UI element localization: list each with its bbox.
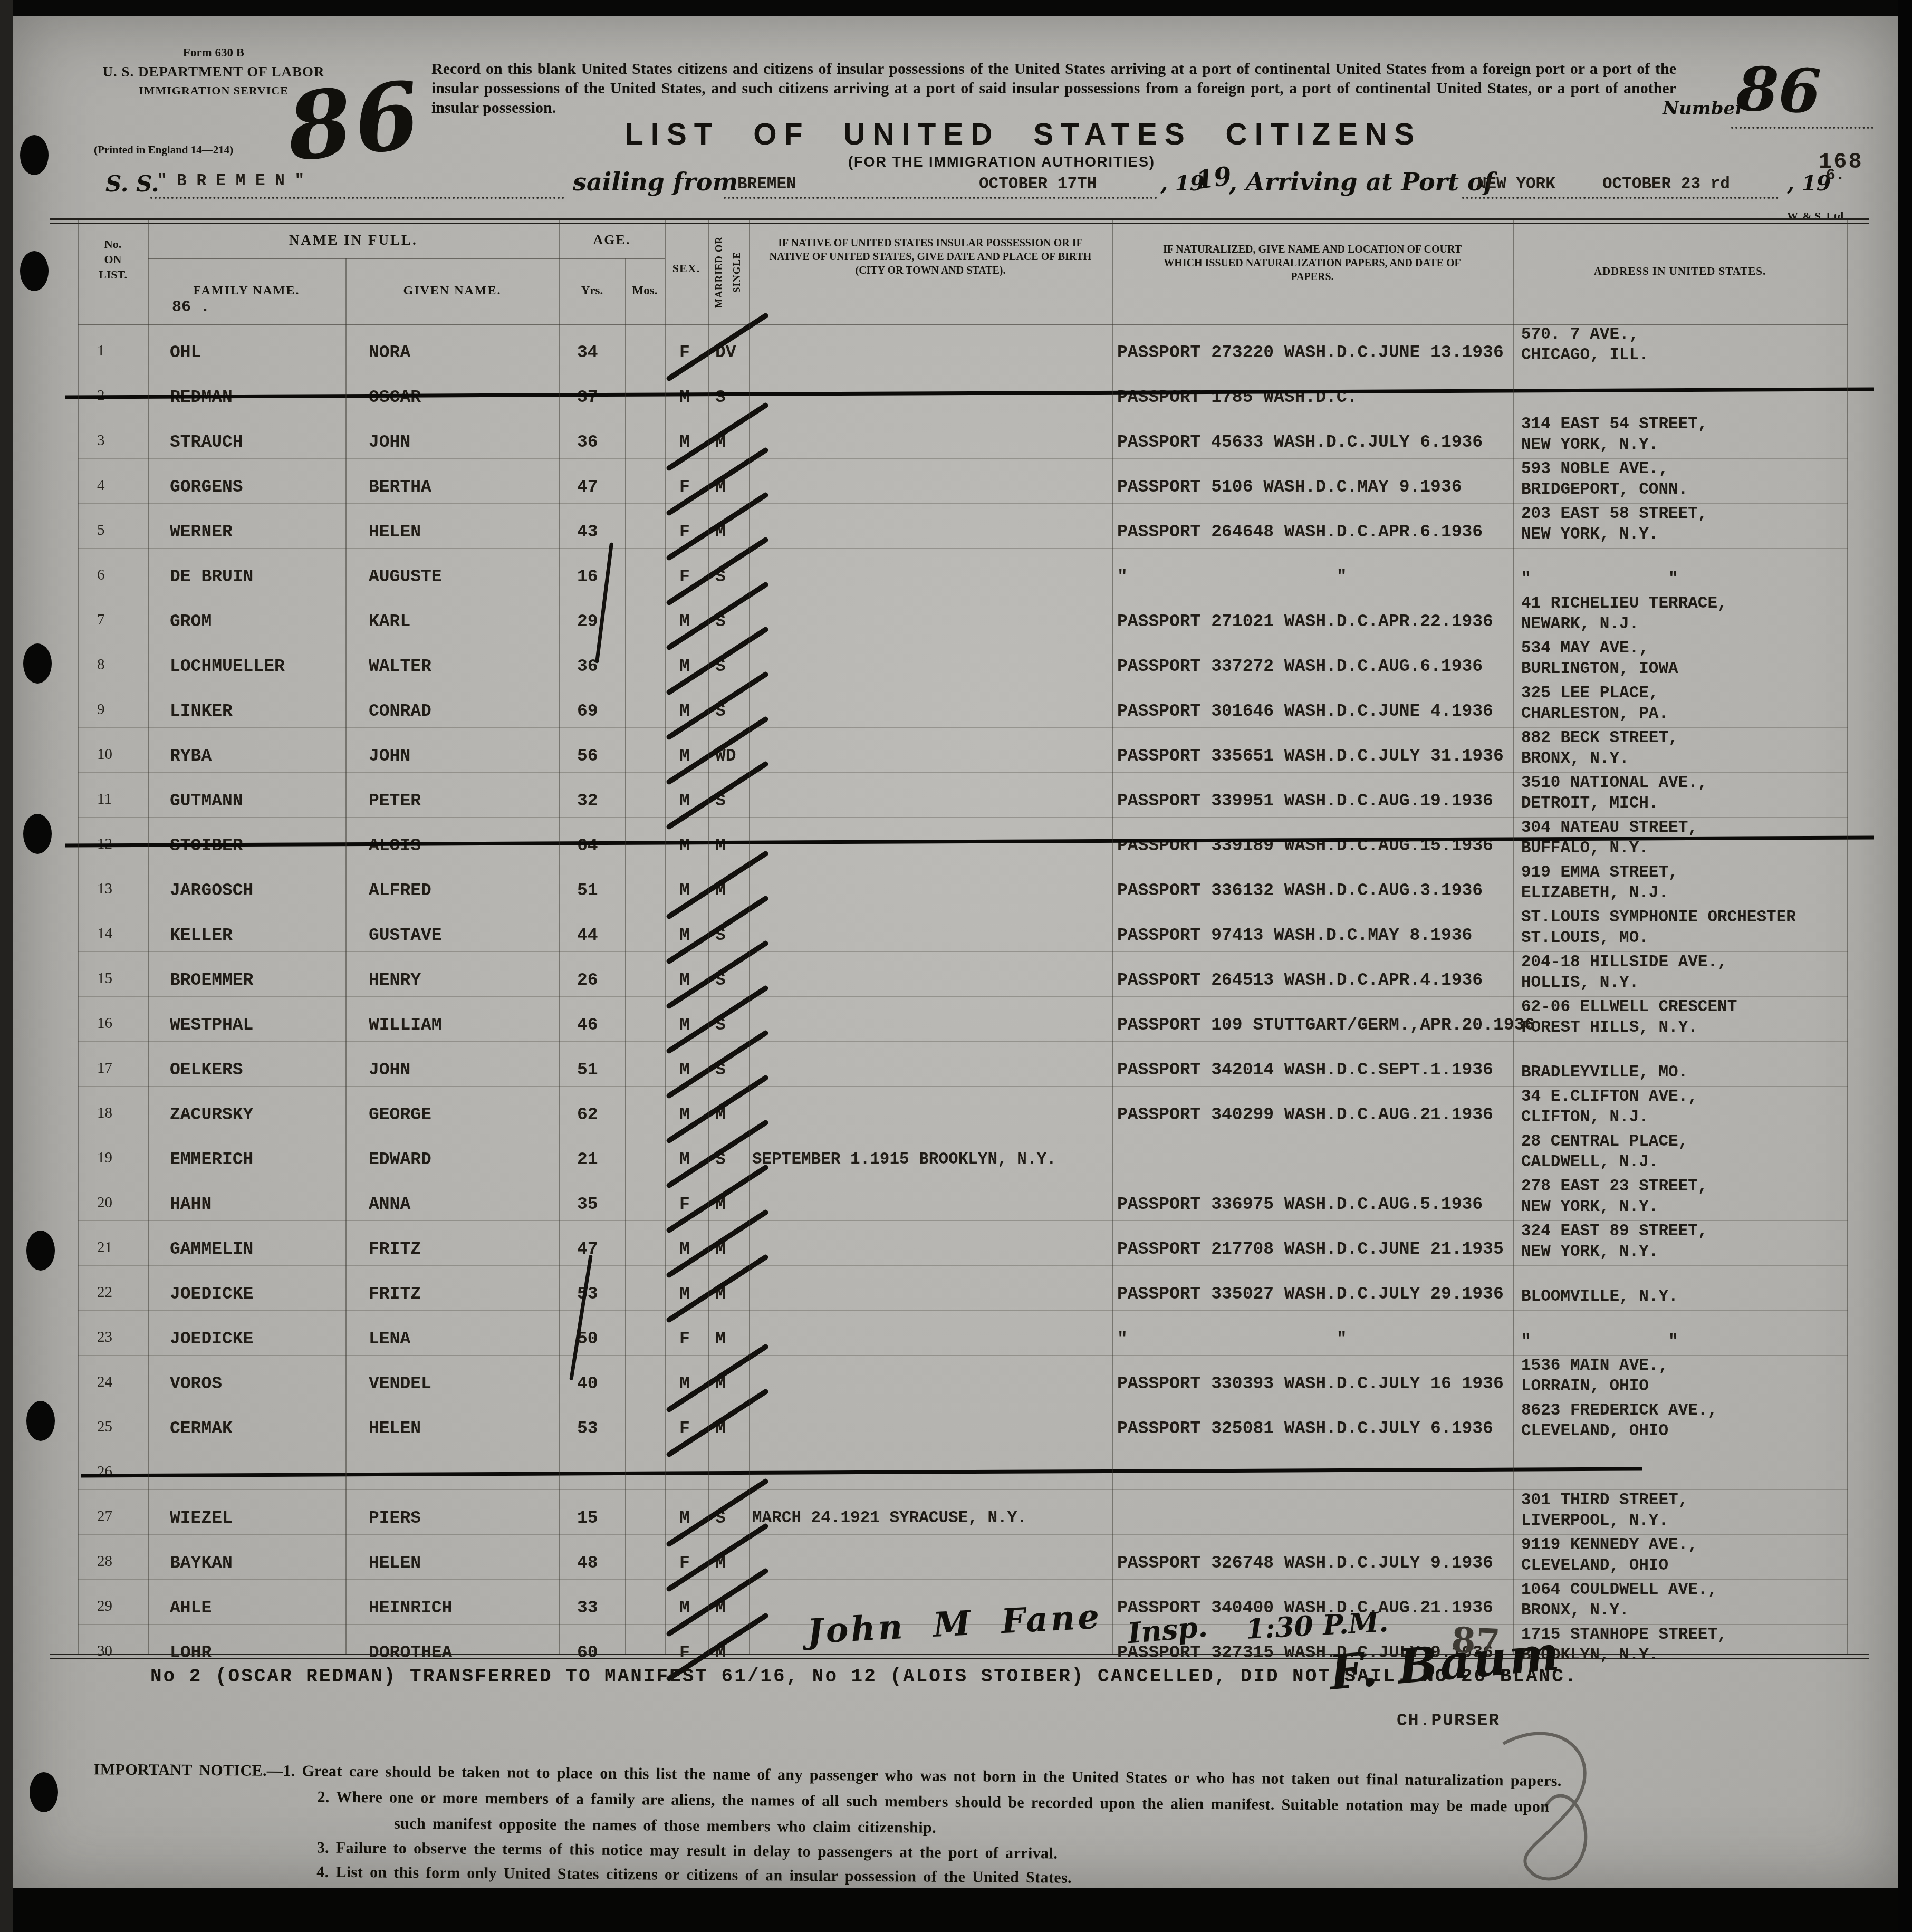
address-line: 882 BECK STREET, xyxy=(1521,728,1847,748)
table-row: 12STOIBERALOIS64MMPASSPORT 339189 WASH.D… xyxy=(78,818,1848,862)
address-line: 62-06 ELLWELL CRESCENT xyxy=(1521,997,1847,1017)
age-months xyxy=(625,991,665,996)
address: 919 EMMA STREET,ELIZABETH, N.J. xyxy=(1513,862,1847,907)
naturalization-info: PASSPORT 45633 WASH.D.C.JULY 6.1936 xyxy=(1112,432,1513,458)
age-months xyxy=(625,543,665,548)
table-column-divider xyxy=(1847,220,1848,1654)
row-number: 19 xyxy=(78,1147,148,1176)
table-column-divider xyxy=(1112,220,1113,1654)
form-instructions: Record on this blank United States citiz… xyxy=(431,59,1676,118)
address-line: 301 THIRD STREET, xyxy=(1521,1490,1847,1511)
address-line: CLEVELAND, OHIO xyxy=(1521,1555,1847,1576)
row-number: 10 xyxy=(78,744,148,772)
age-years: 53 xyxy=(559,1418,625,1445)
address: 325 LEE PLACE,CHARLESTON, PA. xyxy=(1513,683,1847,727)
hole-punch xyxy=(26,1231,55,1271)
sailing-date: OCTOBER 17TH xyxy=(979,175,1097,194)
age-years: 40 xyxy=(559,1373,625,1400)
age-years: 33 xyxy=(559,1598,625,1624)
address: ST.LOUIS SYMPHONIE ORCHESTERST.LOUIS, MO… xyxy=(1513,907,1847,951)
marital-status xyxy=(708,1484,749,1489)
address-line: 34 E.CLIFTON AVE., xyxy=(1521,1087,1847,1107)
age-months xyxy=(625,812,665,817)
table-row: 26 xyxy=(78,1445,1848,1490)
table-row: 20HAHNANNA35FMPASSPORT 336975 WASH.D.C.A… xyxy=(78,1176,1848,1221)
naturalization-info: PASSPORT 340299 WASH.D.C.AUG.21.1936 xyxy=(1112,1104,1513,1131)
address-line: CLEVELAND, OHIO xyxy=(1521,1421,1847,1441)
given-name: PIERS xyxy=(345,1508,559,1534)
given-name: PETER xyxy=(345,791,559,817)
naturalization-info: PASSPORT 5106 WASH.D.C.MAY 9.1936 xyxy=(1112,477,1513,503)
family-name: WIEZEL xyxy=(148,1508,345,1534)
row-number: 25 xyxy=(78,1416,148,1445)
age-years: 15 xyxy=(559,1508,625,1534)
row-number: 22 xyxy=(78,1282,148,1310)
address-line: NEW YORK, N.Y. xyxy=(1521,1197,1847,1217)
ship-name-dotted-line xyxy=(150,197,564,199)
birth-info xyxy=(749,1260,1112,1265)
notice-line: 2. Where one or more members of a family… xyxy=(317,1789,1549,1816)
address-line: 28 CENTRAL PLACE, xyxy=(1521,1131,1847,1152)
column-header-naturalization: IF NATURALIZED, GIVE NAME AND LOCATION O… xyxy=(1112,220,1513,324)
birth-info xyxy=(749,991,1112,996)
address-line: 1536 MAIN AVE., xyxy=(1521,1356,1847,1376)
age-years: 32 xyxy=(559,791,625,817)
printed-in-england-note: (Printed in England 14—214) xyxy=(94,143,233,157)
address: 34 E.CLIFTON AVE.,CLIFTON, N.J. xyxy=(1513,1087,1847,1131)
family-name: DE BRUIN xyxy=(148,566,345,593)
given-name: NORA xyxy=(345,342,559,369)
row-number: 23 xyxy=(78,1327,148,1355)
table-row: 4GORGENSBERTHA47FMPASSPORT 5106 WASH.D.C… xyxy=(78,459,1848,504)
address: 28 CENTRAL PLACE,CALDWELL, N.J. xyxy=(1513,1131,1847,1176)
address-line: BROOKLYN, N.Y. xyxy=(1521,1645,1847,1666)
given-name: ANNA xyxy=(345,1194,559,1220)
year-handwritten-overlay: 19 xyxy=(1194,161,1233,196)
birth-info xyxy=(749,543,1112,548)
birth-info xyxy=(749,1036,1112,1041)
given-name: HELEN xyxy=(345,1418,559,1445)
table-column-divider xyxy=(78,220,79,1654)
column-header-months: Mos. xyxy=(625,258,665,297)
birth-info xyxy=(749,498,1112,503)
table-row: 14KELLERGUSTAVE44MSPASSPORT 97413 WASH.D… xyxy=(78,907,1848,952)
address: 314 EAST 54 STREET,NEW YORK, N.Y. xyxy=(1513,414,1847,458)
age-months xyxy=(625,946,665,951)
row-number: 27 xyxy=(78,1506,148,1534)
family-name: GORGENS xyxy=(148,477,345,503)
inspector-title-handwritten: Insp. xyxy=(1126,1610,1208,1650)
given-name: BERTHA xyxy=(345,477,559,503)
marital-status: M xyxy=(708,1329,749,1355)
naturalization-info: PASSPORT 339951 WASH.D.C.AUG.19.1936 xyxy=(1112,791,1513,817)
sex-value xyxy=(665,1484,708,1489)
address xyxy=(1513,1486,1847,1489)
arrival-year-suffix: 6. xyxy=(1826,167,1845,185)
row-number: 8 xyxy=(78,654,148,683)
table-row: 7GROMKARL29MSPASSPORT 271021 WASH.D.C.AP… xyxy=(78,593,1848,638)
address-line: 203 EAST 58 STREET, xyxy=(1521,504,1847,524)
table-row: 18ZACURSKYGEORGE62MMPASSPORT 340299 WASH… xyxy=(78,1087,1848,1131)
age-months xyxy=(625,1260,665,1265)
given-name: LENA xyxy=(345,1329,559,1355)
number-value-handwritten: 86 xyxy=(1735,53,1822,128)
address: 203 EAST 58 STREET,NEW YORK, N.Y. xyxy=(1513,504,1847,548)
table-row: 15BROEMMERHENRY26MSPASSPORT 264513 WASH.… xyxy=(78,952,1848,997)
age-years: 51 xyxy=(559,880,625,907)
column-header-family-name: FAMILY NAME. xyxy=(148,258,345,298)
row-number: 21 xyxy=(78,1237,148,1265)
address: " " xyxy=(1513,1331,1847,1355)
address-line: 3510 NATIONAL AVE., xyxy=(1521,773,1847,793)
table-row: 24VOROSVENDEL40MMPASSPORT 330393 WASH.D.… xyxy=(78,1356,1848,1400)
address-line: NEWARK, N.J. xyxy=(1521,614,1847,635)
age-months xyxy=(625,1395,665,1400)
address-line: NEW YORK, N.Y. xyxy=(1521,1242,1847,1262)
address-line: CLIFTON, N.J. xyxy=(1521,1107,1847,1128)
row-number: 17 xyxy=(78,1058,148,1086)
naturalization-info: PASSPORT 335027 WASH.D.C.JULY 29.1936 xyxy=(1112,1284,1513,1310)
number-dotted-line xyxy=(1731,127,1873,129)
number-label: Number xyxy=(1663,98,1744,119)
age-months xyxy=(625,901,665,907)
table-top-rule xyxy=(50,218,1869,220)
table-row: 17OELKERSJOHN51MSPASSPORT 342014 WASH.D.… xyxy=(78,1042,1848,1087)
sailing-dotted-line xyxy=(724,197,1157,199)
address: 41 RICHELIEU TERRACE,NEWARK, N.J. xyxy=(1513,593,1847,638)
given-name: FRITZ xyxy=(345,1284,559,1310)
address: 8623 FREDERICK AVE.,CLEVELAND, OHIO xyxy=(1513,1400,1847,1445)
address: 570. 7 AVE.,CHICAGO, ILL. xyxy=(1513,324,1847,369)
age-years: 60 xyxy=(559,1642,625,1669)
age-months xyxy=(625,1170,665,1176)
given-name: DOROTHEA xyxy=(345,1642,559,1669)
family-name: JOEDICKE xyxy=(148,1329,345,1355)
passenger-table: No. ON LIST. NAME IN FULL. FAMILY NAME. … xyxy=(78,220,1848,1654)
family-name: OHL xyxy=(148,342,345,369)
ss-label: S. S. xyxy=(105,171,159,197)
naturalization-info xyxy=(1112,1529,1513,1534)
age-months xyxy=(625,363,665,369)
family-name: AHLE xyxy=(148,1598,345,1624)
row-number: 24 xyxy=(78,1371,148,1400)
address: 534 MAY AVE.,BURLINGTON, IOWA xyxy=(1513,638,1847,683)
naturalization-info: PASSPORT 337272 WASH.D.C.AUG.6.1936 xyxy=(1112,656,1513,683)
row-number: 18 xyxy=(78,1102,148,1131)
hole-punch xyxy=(23,643,52,684)
age-years: 47 xyxy=(559,1239,625,1265)
address-line: " " xyxy=(1521,1331,1847,1352)
age-years: 69 xyxy=(559,701,625,727)
naturalization-info: PASSPORT 335651 WASH.D.C.JULY 31.1936 xyxy=(1112,746,1513,772)
address-line: BRADLEYVILLE, MO. xyxy=(1521,1062,1847,1083)
hole-punch xyxy=(20,135,49,175)
family-name: WESTPHAL xyxy=(148,1015,345,1041)
notice-line: such manifest opposite the names of thos… xyxy=(394,1815,936,1837)
age-years: 29 xyxy=(559,611,625,638)
header-divider-line xyxy=(148,258,665,259)
notice-line: 3. Failure to observe the terms of this … xyxy=(317,1839,1058,1863)
page-subtitle: (FOR THE IMMIGRATION AUTHORITIES) xyxy=(848,154,1155,170)
married-or-single-vertical-text: MARRIED OR SINGLE xyxy=(710,223,746,321)
given-name: ALFRED xyxy=(345,880,559,907)
address-line: BRIDGEPORT, CONN. xyxy=(1521,479,1847,500)
birth-info xyxy=(749,857,1112,862)
age-years: 64 xyxy=(559,835,625,862)
family-name: EMMERICH xyxy=(148,1149,345,1176)
naturalization-info xyxy=(1112,1484,1513,1489)
column-header-years: Yrs. xyxy=(559,258,625,297)
address-line: LORRAIN, OHIO xyxy=(1521,1376,1847,1397)
row-number: 9 xyxy=(78,699,148,727)
naturalization-info: PASSPORT 301646 WASH.D.C.JUNE 4.1936 xyxy=(1112,701,1513,727)
birth-info xyxy=(749,677,1112,683)
scan-edge-right xyxy=(1898,0,1912,1932)
address: 62-06 ELLWELL CRESCENTFOREST HILLS, N.Y. xyxy=(1513,997,1847,1041)
family-name: REDMAN xyxy=(148,387,345,414)
row-number: 30 xyxy=(78,1640,148,1669)
given-name: EDWARD xyxy=(345,1149,559,1176)
age-years xyxy=(559,1484,625,1489)
address: 9119 KENNEDY AVE.,CLEVELAND, OHIO xyxy=(1513,1535,1847,1579)
birth-info xyxy=(749,1305,1112,1310)
sailing-port: BREMEN xyxy=(737,175,796,194)
column-header-given-name: GIVEN NAME. xyxy=(345,258,559,298)
address-line: ELIZABETH, N.J. xyxy=(1521,883,1847,903)
age-months xyxy=(625,498,665,503)
family-name: LOHR xyxy=(148,1642,345,1669)
age-months xyxy=(625,857,665,862)
table-row: 5WERNERHELEN43FMPASSPORT 264648 WASH.D.C… xyxy=(78,504,1848,549)
age-years: 51 xyxy=(559,1060,625,1086)
address-line: DETROIT, MICH. xyxy=(1521,793,1847,814)
family-name: BROEMMER xyxy=(148,970,345,996)
address-line: 278 EAST 23 STREET, xyxy=(1521,1176,1847,1197)
address: 593 NOBLE AVE.,BRIDGEPORT, CONN. xyxy=(1513,459,1847,503)
age-months xyxy=(625,1529,665,1534)
age-months xyxy=(625,1081,665,1086)
table-rows: 1OHLNORA34FDVPASSPORT 273220 WASH.D.C.JU… xyxy=(78,324,1848,1669)
age-months xyxy=(625,1305,665,1310)
address-line: 204-18 HILLSIDE AVE., xyxy=(1521,952,1847,973)
given-name: ALOIS xyxy=(345,835,559,862)
age-years: 43 xyxy=(559,522,625,548)
age-months xyxy=(625,588,665,593)
birth-info xyxy=(749,453,1112,458)
family-name: RYBA xyxy=(148,746,345,772)
age-years: 47 xyxy=(559,477,625,503)
age-years: 50 xyxy=(559,1329,625,1355)
hole-punch xyxy=(26,1401,55,1441)
family-name: ZACURSKY xyxy=(148,1104,345,1131)
family-name: LOCHMUELLER xyxy=(148,656,345,683)
given-name: OSCAR xyxy=(345,387,559,414)
given-name: VENDEL xyxy=(345,1373,559,1400)
given-name: KARL xyxy=(345,611,559,638)
row-number: 1 xyxy=(78,340,148,369)
table-column-divider xyxy=(559,220,560,1654)
given-name: AUGUSTE xyxy=(345,566,559,593)
hole-punch xyxy=(20,251,49,291)
table-row: 25CERMAKHELEN53FMPASSPORT 325081 WASH.D.… xyxy=(78,1400,1848,1445)
address-line: 534 MAY AVE., xyxy=(1521,638,1847,659)
address-line: BURLINGTON, IOWA xyxy=(1521,659,1847,679)
address-line: 304 NATEAU STREET, xyxy=(1521,818,1847,838)
row-number: 14 xyxy=(78,923,148,951)
birth-info xyxy=(749,946,1112,951)
address: 882 BECK STREET,BRONX, N.Y. xyxy=(1513,728,1847,772)
age-months xyxy=(625,408,665,414)
naturalization-info: PASSPORT 1785 WASH.D.C. xyxy=(1112,387,1513,414)
table-row: 28BAYKANHELEN48FMPASSPORT 326748 WASH.D.… xyxy=(78,1535,1848,1580)
row-number: 6 xyxy=(78,564,148,593)
given-name: GEORGE xyxy=(345,1104,559,1131)
table-column-divider xyxy=(749,220,750,1654)
ship-name: " B R E M E N " xyxy=(157,172,304,190)
family-name: HAHN xyxy=(148,1194,345,1220)
address-line: NEW YORK, N.Y. xyxy=(1521,435,1847,455)
age-years: 26 xyxy=(559,970,625,996)
row-number: 11 xyxy=(78,789,148,817)
family-name: CERMAK xyxy=(148,1418,345,1445)
address-line: ST.LOUIS, MO. xyxy=(1521,928,1847,948)
sex-value: M xyxy=(665,387,708,414)
address: 278 EAST 23 STREET,NEW YORK, N.Y. xyxy=(1513,1176,1847,1220)
address xyxy=(1513,410,1847,414)
birth-info xyxy=(749,1574,1112,1579)
address-line: BUFFALO, N.Y. xyxy=(1521,838,1847,859)
hole-punch xyxy=(23,814,52,854)
age-months xyxy=(625,1484,665,1489)
age-months xyxy=(625,1574,665,1579)
family-name: VOROS xyxy=(148,1373,345,1400)
table-column-divider xyxy=(708,220,709,1654)
family-name: KELLER xyxy=(148,925,345,951)
age-years: 35 xyxy=(559,1194,625,1220)
naturalization-info: PASSPORT 326748 WASH.D.C.JULY 9.1936 xyxy=(1112,1553,1513,1579)
scan-edge-top xyxy=(0,0,1912,16)
family-name: JOEDICKE xyxy=(148,1284,345,1310)
birth-info xyxy=(749,1395,1112,1400)
address-line: 41 RICHELIEU TERRACE, xyxy=(1521,593,1847,614)
column-header-birth-info: IF NATIVE OF UNITED STATES INSULAR POSSE… xyxy=(749,220,1112,324)
age-years: 56 xyxy=(559,746,625,772)
row-number: 15 xyxy=(78,968,148,996)
given-name: HEINRICH xyxy=(345,1598,559,1624)
naturalization-info: PASSPORT 330393 WASH.D.C.JULY 16 1936 xyxy=(1112,1373,1513,1400)
table-column-divider xyxy=(345,258,347,1654)
family-name: OELKERS xyxy=(148,1060,345,1086)
birth-info xyxy=(749,901,1112,907)
address: 3510 NATIONAL AVE.,DETROIT, MICH. xyxy=(1513,773,1847,817)
age-months xyxy=(625,1126,665,1131)
given-name: HENRY xyxy=(345,970,559,996)
form-number: Form 630 B xyxy=(100,43,327,62)
given-name: WILLIAM xyxy=(345,1015,559,1041)
naturalization-info: PASSPORT 271021 WASH.D.C.APR.22.1936 xyxy=(1112,611,1513,638)
row-number: 2 xyxy=(78,385,148,414)
age-years: 16 xyxy=(559,566,625,593)
given-name: WALTER xyxy=(345,656,559,683)
address-line: 593 NOBLE AVE., xyxy=(1521,459,1847,479)
age-years: 48 xyxy=(559,1553,625,1579)
address-line: " " xyxy=(1521,569,1847,590)
birth-info xyxy=(749,363,1112,369)
address: BRADLEYVILLE, MO. xyxy=(1513,1062,1847,1086)
address-line: 8623 FREDERICK AVE., xyxy=(1521,1400,1847,1421)
birth-info xyxy=(749,632,1112,638)
given-name: JOHN xyxy=(345,746,559,772)
family-name: JARGOSCH xyxy=(148,880,345,907)
naturalization-info: PASSPORT 273220 WASH.D.C.JUNE 13.1936 xyxy=(1112,342,1513,369)
row-number: 26 xyxy=(78,1461,148,1489)
arriving-at-port-label: , Arriving at Port of xyxy=(1229,168,1494,196)
marital-status: S xyxy=(708,387,749,414)
address-line: 325 LEE PLACE, xyxy=(1521,683,1847,704)
row-number: 20 xyxy=(78,1192,148,1220)
address-line: CHARLESTON, PA. xyxy=(1521,704,1847,724)
address-line: FOREST HILLS, N.Y. xyxy=(1521,1017,1847,1038)
naturalization-info: PASSPORT 339189 WASH.D.C.AUG.15.1936 xyxy=(1112,835,1513,862)
address-line: 324 EAST 89 STREET, xyxy=(1521,1221,1847,1242)
birth-info xyxy=(749,1215,1112,1220)
table-row: 9LINKERCONRAD69MSPASSPORT 301646 WASH.D.… xyxy=(78,683,1848,728)
marital-status: M xyxy=(708,835,749,862)
naturalization-info: PASSPORT 336975 WASH.D.C.AUG.5.1936 xyxy=(1112,1194,1513,1220)
age-years: 37 xyxy=(559,387,625,414)
birth-info xyxy=(749,1484,1112,1489)
naturalization-info: PASSPORT 336132 WASH.D.C.AUG.3.1936 xyxy=(1112,880,1513,907)
naturalization-info: PASSPORT 325081 WASH.D.C.JULY 6.1936 xyxy=(1112,1418,1513,1445)
sheet-number-typed: 86 . xyxy=(172,299,210,316)
row-number: 7 xyxy=(78,609,148,638)
age-years: 53 xyxy=(559,1284,625,1310)
age-months xyxy=(625,453,665,458)
address: 324 EAST 89 STREET,NEW YORK, N.Y. xyxy=(1513,1221,1847,1265)
row-number: 4 xyxy=(78,475,148,503)
family-name: LINKER xyxy=(148,701,345,727)
age-months xyxy=(625,1619,665,1624)
birth-info xyxy=(749,408,1112,414)
address: 301 THIRD STREET,LIVERPOOL, N.Y. xyxy=(1513,1490,1847,1534)
table-row: 27WIEZELPIERS15MSMARCH 24.1921 SYRACUSE,… xyxy=(78,1490,1848,1535)
table-row: 11GUTMANNPETER32MSPASSPORT 339951 WASH.D… xyxy=(78,773,1848,818)
page-title: LIST OF UNITED STATES CITIZENS xyxy=(625,117,1421,152)
family-name: GROM xyxy=(148,611,345,638)
address-line: CALDWELL, N.J. xyxy=(1521,1152,1847,1172)
table-row: 3STRAUCHJOHN36MMPASSPORT 45633 WASH.D.C.… xyxy=(78,414,1848,459)
birth-info xyxy=(749,1439,1112,1445)
table-column-divider xyxy=(148,220,149,1654)
address: BLOOMVILLE, N.Y. xyxy=(1513,1286,1847,1310)
sex-value: M xyxy=(665,835,708,862)
family-name: WERNER xyxy=(148,522,345,548)
column-header-no-on-list: No. ON LIST. xyxy=(78,220,148,340)
birth-info: MARCH 24.1921 SYRACUSE, N.Y. xyxy=(749,1508,1112,1534)
address-line: 9119 KENNEDY AVE., xyxy=(1521,1535,1847,1555)
arrival-port: NEW YORK xyxy=(1477,175,1555,194)
row-number: 29 xyxy=(78,1595,148,1624)
table-row: 13JARGOSCHALFRED51MMPASSPORT 336132 WASH… xyxy=(78,862,1848,907)
address-line: 919 EMMA STREET, xyxy=(1521,862,1847,883)
naturalization-info: PASSPORT 97413 WASH.D.C.MAY 8.1936 xyxy=(1112,925,1513,951)
table-row: 23JOEDICKELENA50FM" "" " xyxy=(78,1311,1848,1356)
notice-line: 4. List on this form only United States … xyxy=(316,1863,1072,1887)
given-name: JOHN xyxy=(345,1060,559,1086)
address-line: 1064 COULDWELL AVE., xyxy=(1521,1580,1847,1600)
birth-info xyxy=(749,767,1112,772)
age-years: 62 xyxy=(559,1104,625,1131)
